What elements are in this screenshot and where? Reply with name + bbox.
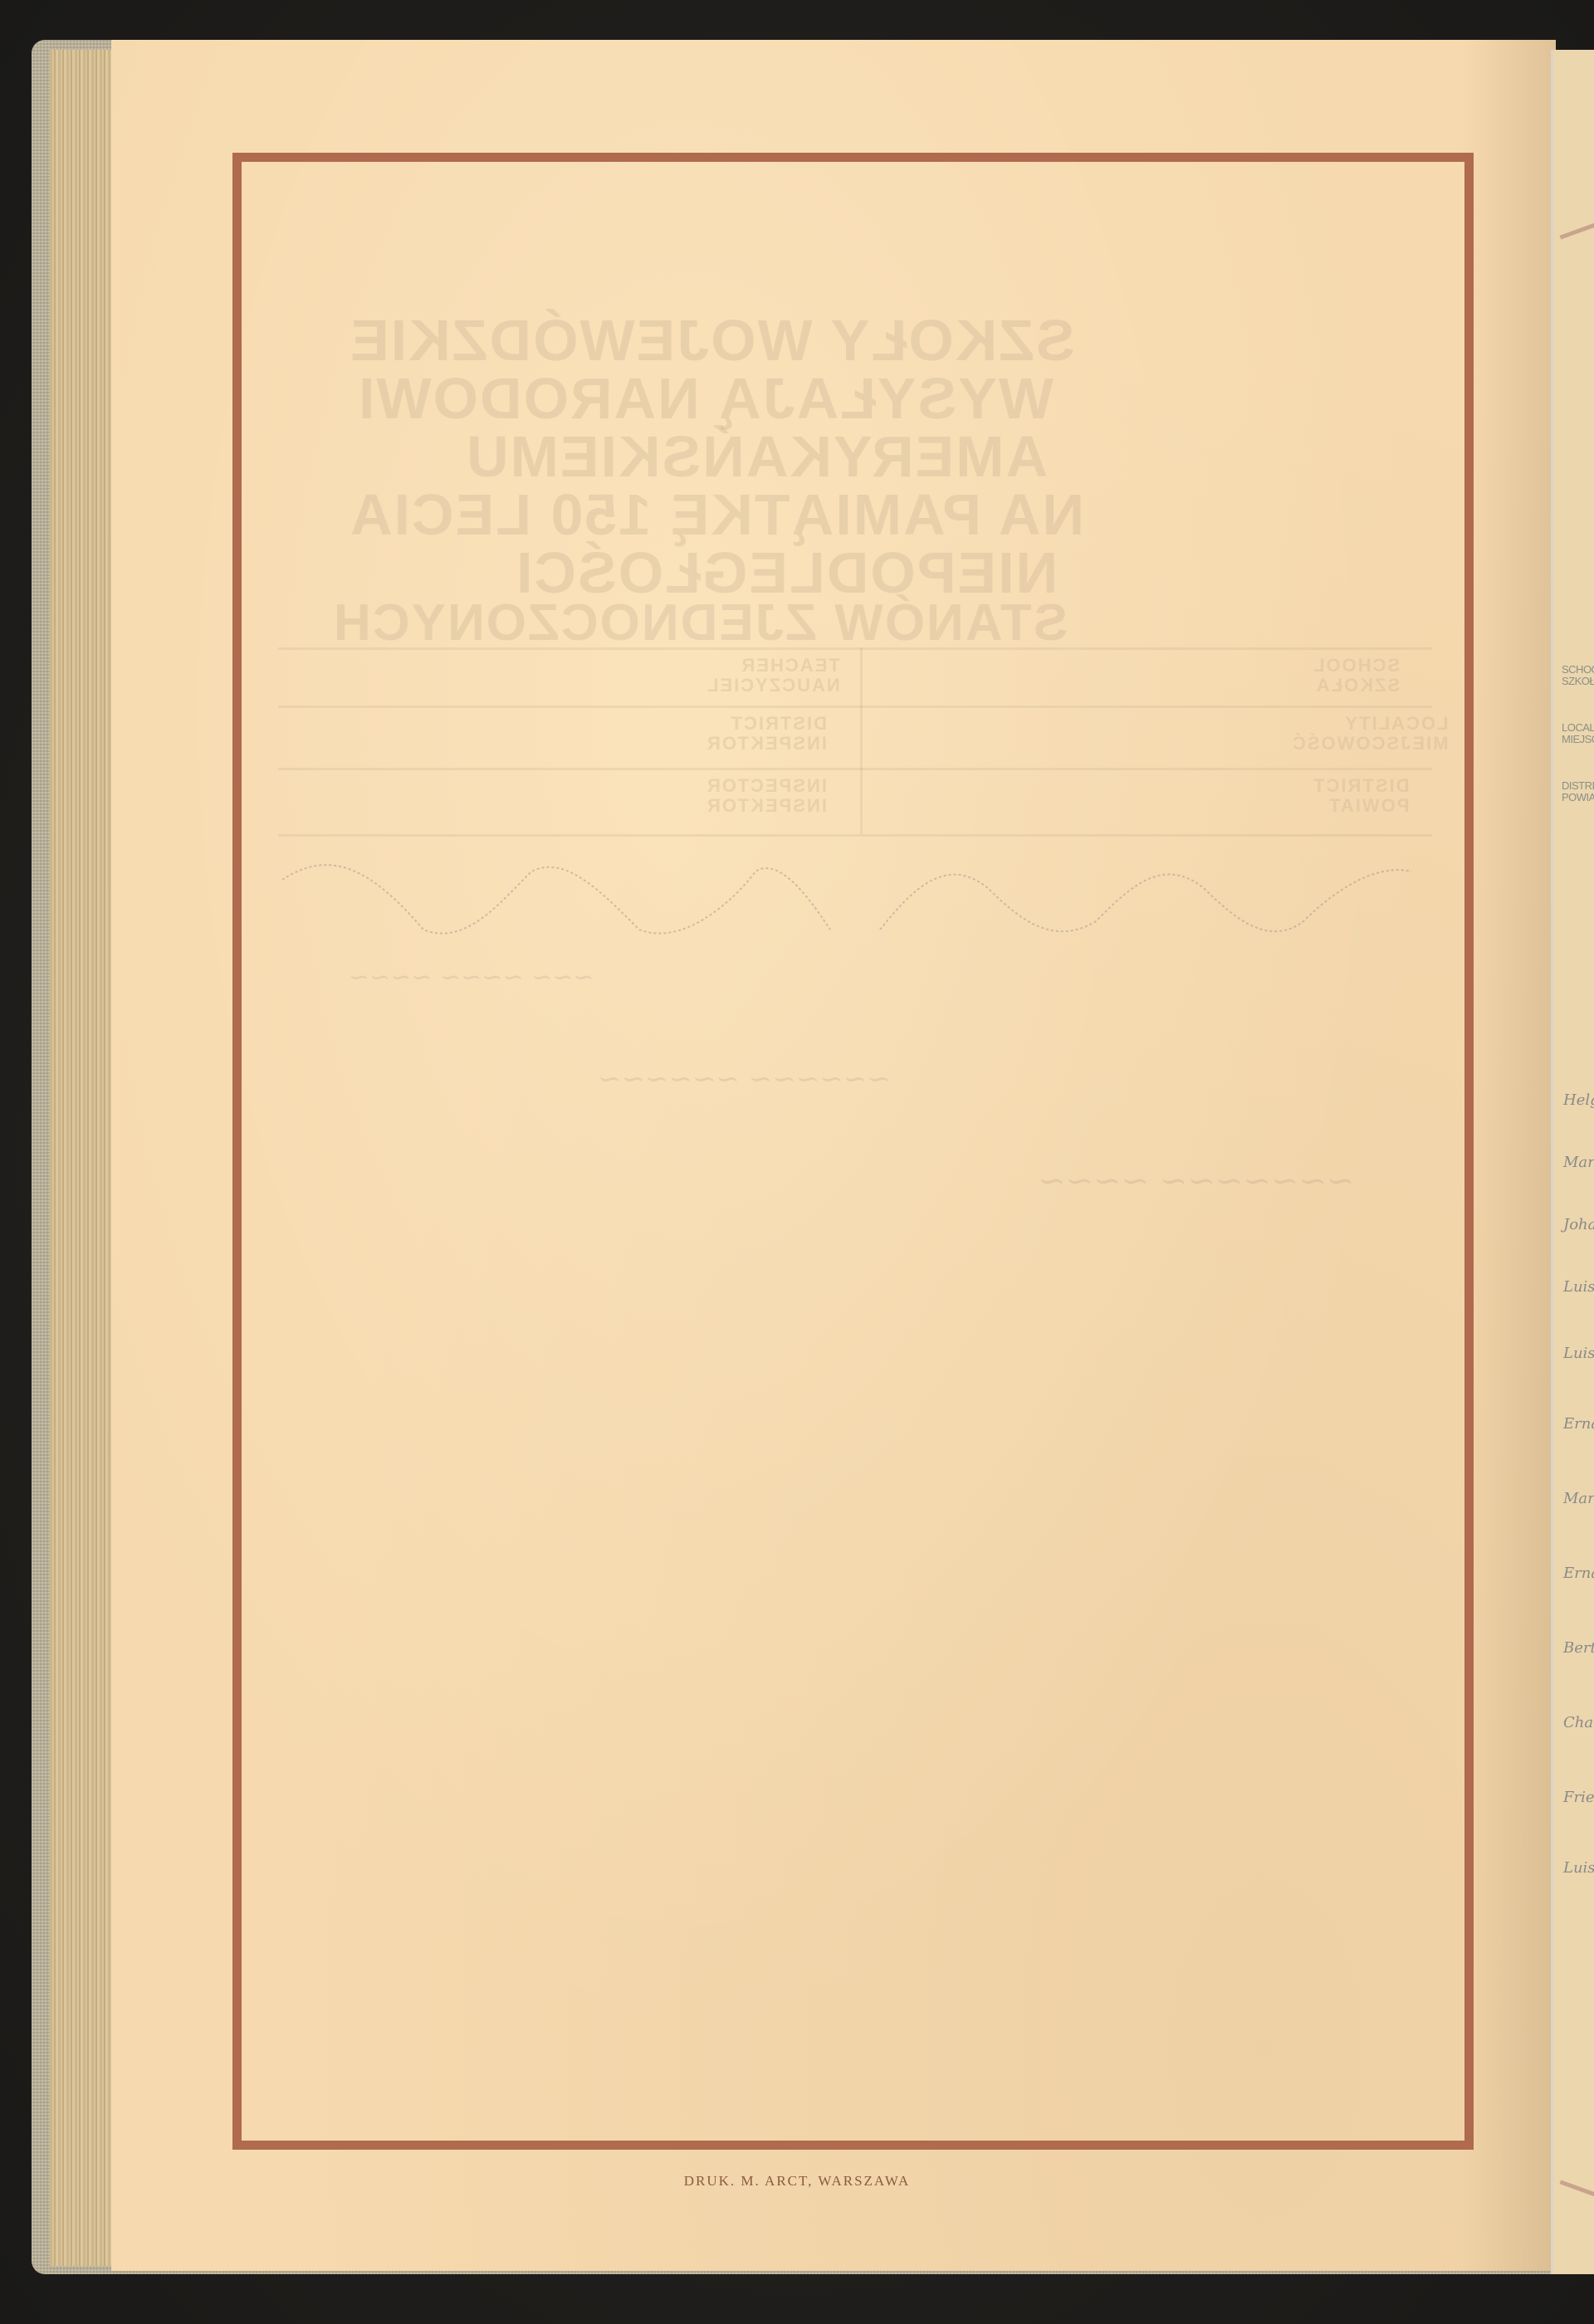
facing-name: Johann	[1563, 1216, 1594, 1233]
facing-label: SCHOOL SZKOŁA	[1562, 664, 1594, 687]
facing-page-edge: SCHOOL SZKOŁA LOCALITY MIEJSCOWOŚĆ DISTR…	[1551, 50, 1594, 2274]
page-border-frame	[232, 153, 1474, 2150]
facing-name: Berta	[1563, 1639, 1594, 1657]
facing-name: Helga	[1563, 1091, 1594, 1109]
facing-name: Frieda	[1563, 1789, 1594, 1806]
facing-name: Erna	[1563, 1415, 1594, 1433]
facing-name: Charl	[1563, 1714, 1594, 1731]
printer-imprint: DRUK. M. ARCT, WARSZAWA	[0, 2173, 1594, 2190]
facing-label: DISTRICT POWIAT	[1562, 780, 1594, 803]
facing-name: Erna	[1563, 1565, 1594, 1582]
facing-name: Luise	[1563, 1345, 1594, 1362]
facing-name: Marga	[1563, 1490, 1594, 1507]
facing-rule	[1560, 212, 1594, 239]
facing-label: LOCALITY MIEJSCOWOŚĆ	[1562, 722, 1594, 745]
facing-name: Luise	[1563, 1278, 1594, 1296]
facing-name: Margar	[1563, 1154, 1594, 1171]
gutter-shadow	[1461, 40, 1556, 2271]
page-edges	[50, 50, 113, 2266]
facing-name: Luise	[1563, 1859, 1594, 1877]
